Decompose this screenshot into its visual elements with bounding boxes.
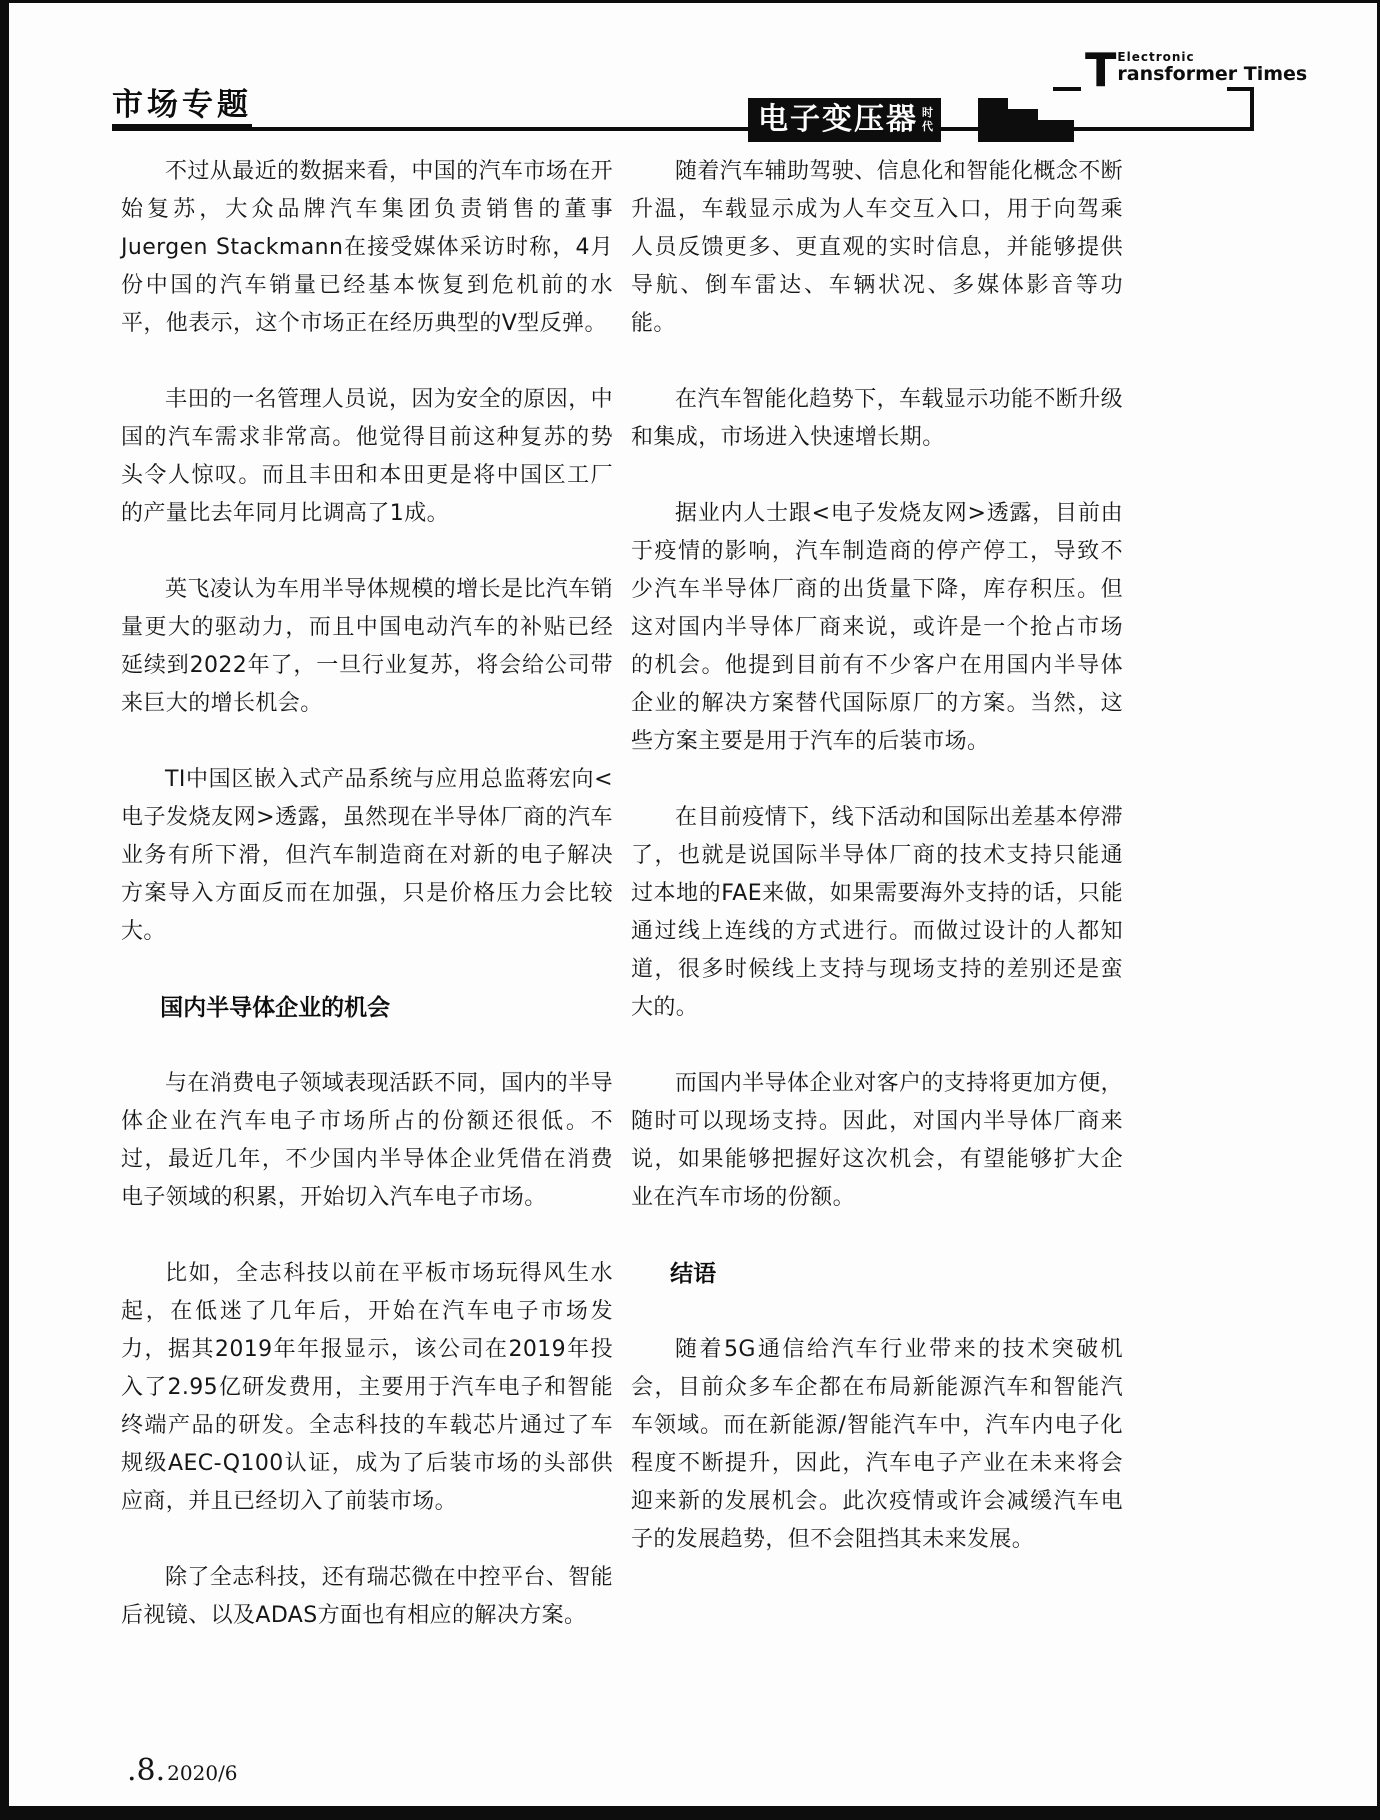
paragraph: 据业内人士跟<电子发烧友网>透露，目前由于疫情的影响，汽车制造商的停产停工，导致… <box>631 495 1123 761</box>
magazine-logo-english: T Electronic ransformer Times <box>1085 51 1307 90</box>
section-title: 市场专题 <box>112 79 252 124</box>
logo-english-initial: T <box>1085 51 1116 90</box>
logo-stair-step <box>1008 109 1038 142</box>
magazine-logo: 电子变压器 时 代 <box>748 98 941 142</box>
paragraph: 而国内半导体企业对客户的支持将更加方便，随时可以现场支持。因此，对国内半导体厂商… <box>631 1065 1123 1217</box>
masthead-corner-riser <box>1250 87 1254 131</box>
paragraph: 比如，全志科技以前在平板市场玩得风生水起，在低迷了几年后，开始在汽车电子市场发力… <box>121 1255 613 1521</box>
paragraph: 英飞凌认为车用半导体规模的增长是比汽车销量更大的驱动力，而且中国电动汽车的补贴已… <box>121 571 613 723</box>
left-column: 不过从最近的数据来看，中国的汽车市场在开始复苏，大众品牌汽车集团负责销售的董事J… <box>121 153 613 1673</box>
magazine-logo-chinese: 电子变压器 <box>758 105 918 135</box>
paragraph: TI中国区嵌入式产品系统与应用总监蒋宏向<电子发烧友网>透露，虽然现在半导体厂商… <box>121 761 613 951</box>
paragraph: 丰田的一名管理人员说，因为安全的原因，中国的汽车需求非常高。他觉得目前这种复苏的… <box>121 381 613 533</box>
logo-english-transformer-times: ransformer Times <box>1117 64 1307 86</box>
paragraph: 随着5G通信给汽车行业带来的技术突破机会，目前众多车企都在布局新能源汽车和智能汽… <box>631 1331 1123 1559</box>
magazine-page: 市场专题 电子变压器 时 代 T Electronic ransformer T… <box>0 0 1380 1820</box>
magazine-logo-small-bottom: 代 <box>922 121 933 133</box>
section-subheading: 国内半导体企业的机会 <box>121 989 613 1027</box>
page-number: .8. <box>127 1753 165 1788</box>
paragraph: 在目前疫情下，线下活动和国际出差基本停滞了，也就是说国际半导体厂商的技术支持只能… <box>631 799 1123 1027</box>
masthead-dash-left <box>1053 87 1081 91</box>
section-subheading: 结语 <box>631 1255 1123 1293</box>
page-footer: .8. 2020/6 <box>127 1753 238 1788</box>
paragraph: 在汽车智能化趋势下，车载显示功能不断升级和集成，市场进入快速增长期。 <box>631 381 1123 457</box>
logo-stair-step <box>1038 120 1074 142</box>
logo-stair-step <box>978 98 1008 142</box>
header-rule <box>112 127 1254 131</box>
right-column: 随着汽车辅助驾驶、信息化和智能化概念不断升温，车载显示成为人车交互入口，用于向驾… <box>631 153 1123 1597</box>
magazine-logo-small-chars: 时 代 <box>922 107 933 132</box>
paragraph: 不过从最近的数据来看，中国的汽车市场在开始复苏，大众品牌汽车集团负责销售的董事J… <box>121 153 613 343</box>
header-rule-thick <box>112 124 252 131</box>
paragraph: 除了全志科技，还有瑞芯微在中控平台、智能后视镜、以及ADAS方面也有相应的解决方… <box>121 1559 613 1635</box>
paragraph: 随着汽车辅助驾驶、信息化和智能化概念不断升温，车载显示成为人车交互入口，用于向驾… <box>631 153 1123 343</box>
magazine-logo-small-top: 时 <box>922 107 933 119</box>
issue-number: 2020/6 <box>167 1761 237 1785</box>
paragraph: 与在消费电子领域表现活跃不同，国内的半导体企业在汽车电子市场所占的份额还很低。不… <box>121 1065 613 1217</box>
